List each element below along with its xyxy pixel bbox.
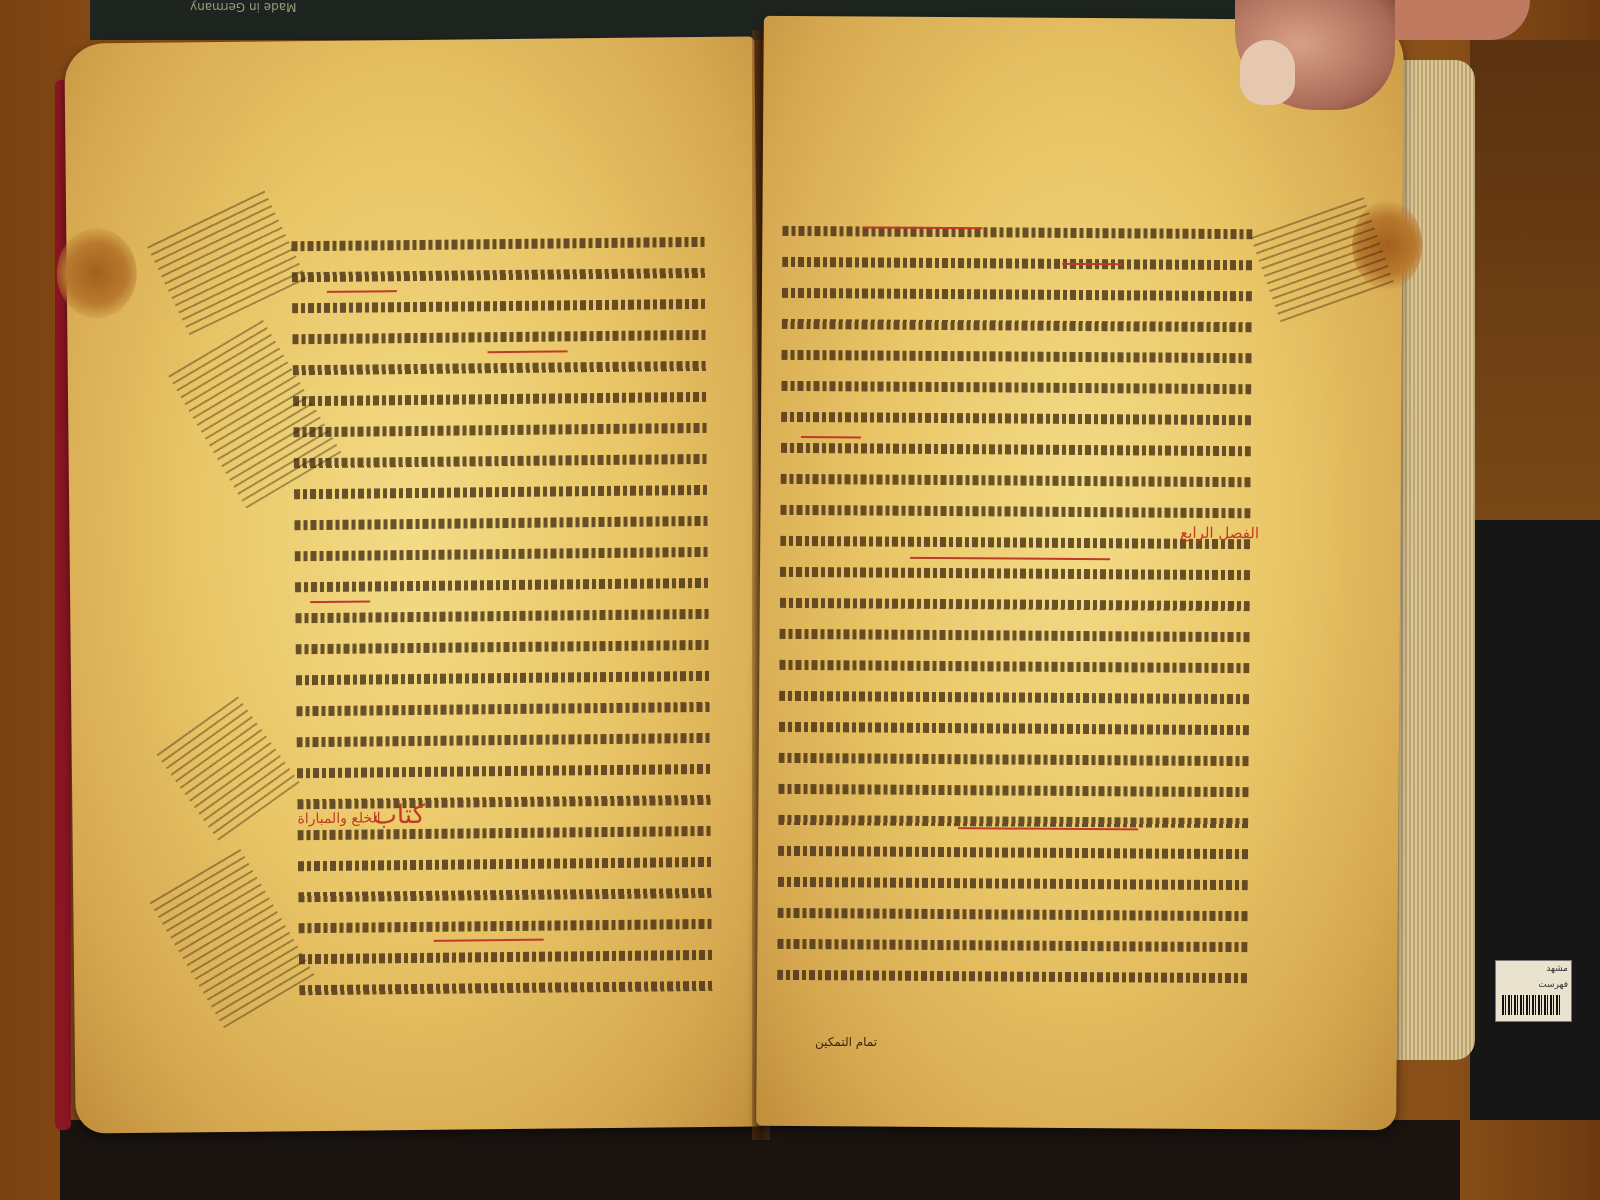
label-line-1: مشهد (1496, 961, 1571, 977)
margin-note (148, 846, 315, 1029)
text-line (291, 227, 706, 262)
dark-book-box (1470, 520, 1600, 1120)
barcode (1502, 995, 1562, 1015)
margin-note (154, 693, 299, 841)
left-text-block (291, 227, 714, 1006)
left-page: كتاب الخلع والمباراة (64, 36, 765, 1133)
label-line-2: فهرست (1496, 977, 1571, 993)
catchword: تمام التمكين (815, 1035, 877, 1049)
chapter-subheading: الخلع والمباراة (297, 810, 380, 827)
margin-note (146, 189, 306, 335)
water-stain (56, 228, 137, 319)
section-heading: الفصل الرابع (1180, 524, 1259, 543)
thumbnail (1240, 40, 1295, 105)
text-line (782, 216, 1252, 250)
rubric-line (801, 436, 861, 438)
right-page: الفصل الرابع (756, 16, 1404, 1130)
library-label: مشهد فهرست (1495, 960, 1572, 1022)
rubric-line (1062, 263, 1122, 265)
made-in-label: Made in Germany (190, 0, 296, 14)
right-text-block (777, 216, 1252, 994)
wooden-box (1470, 40, 1600, 520)
